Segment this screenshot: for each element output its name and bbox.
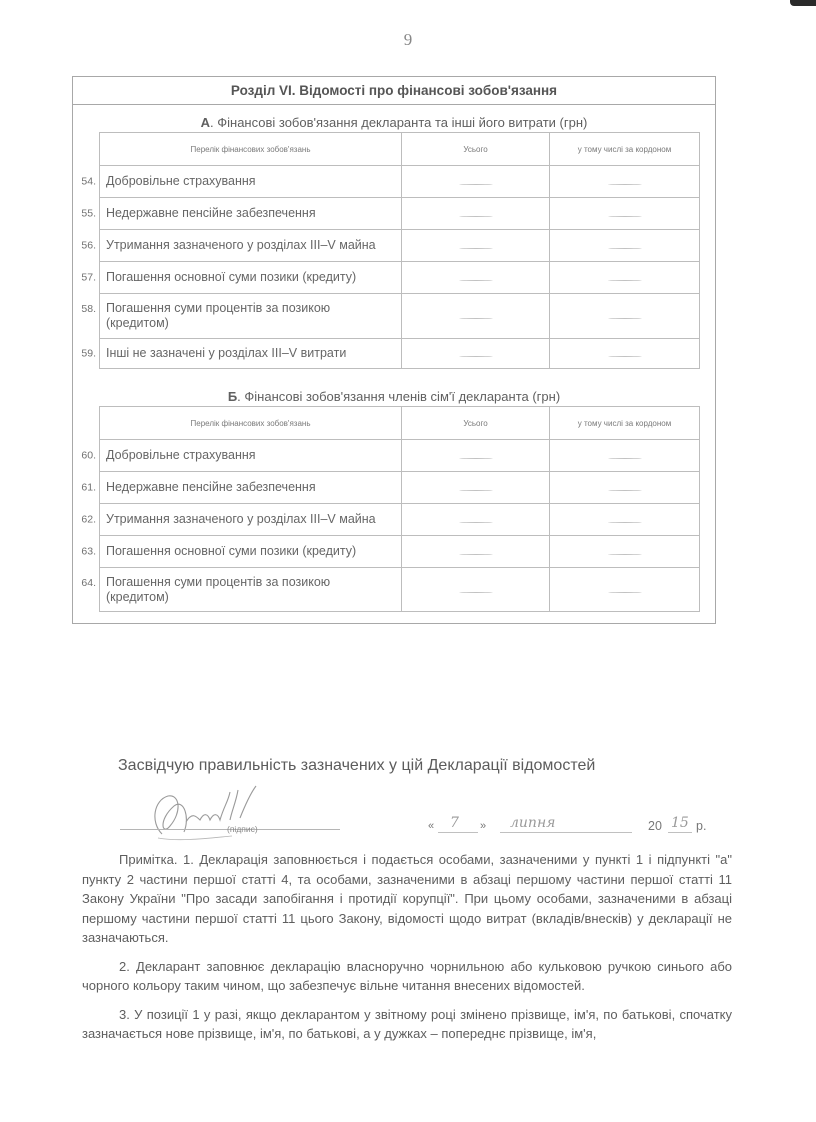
total-field[interactable]: [402, 166, 550, 198]
abroad-field[interactable]: [550, 198, 700, 230]
row-text: Інші не зазначені у розділах III–V витра…: [106, 346, 346, 360]
total-field[interactable]: [402, 440, 550, 472]
row-text: Погашення суми процентів за позикою (кре…: [106, 575, 346, 605]
notes-section: Примітка. 1. Декларація заповнюється і п…: [82, 850, 732, 1053]
total-field[interactable]: [402, 568, 550, 612]
date-year-suffix[interactable]: 15: [671, 815, 689, 831]
empty-dash: [459, 356, 493, 358]
empty-dash: [459, 318, 493, 320]
row-text: Недержавне пенсійне забезпечення: [106, 206, 316, 220]
row-number: 57.: [74, 270, 96, 285]
abroad-field[interactable]: [550, 294, 700, 339]
date-close-quote: »: [480, 820, 486, 832]
row-label: 60.Добровільне страхування: [100, 440, 402, 472]
section-title: Розділ VI. Відомості про фінансові зобов…: [73, 77, 715, 105]
empty-dash: [608, 458, 642, 460]
note-3: 3. У позиції 1 у разі, якщо декларантом …: [82, 1005, 732, 1044]
row-number: 61.: [74, 480, 96, 495]
subsection-b-text: . Фінансові зобов'язання членів сім'ї де…: [237, 389, 560, 404]
column-header-list: Перелік фінансових зобов'язань: [100, 407, 402, 440]
row-number: 58.: [74, 302, 96, 317]
subsection-a-letter: А: [201, 115, 210, 130]
abroad-field[interactable]: [550, 536, 700, 568]
signature-block: (підпис): [120, 782, 370, 842]
abroad-field[interactable]: [550, 440, 700, 472]
day-underline: [438, 832, 478, 833]
column-header-abroad: у тому числі за кордоном: [550, 133, 700, 166]
table-row: 64.Погашення суми процентів за позикою (…: [100, 568, 700, 612]
row-label: 64.Погашення суми процентів за позикою (…: [100, 568, 402, 612]
table-row: 56.Утримання зазначеного у розділах III–…: [100, 230, 700, 262]
empty-dash: [608, 356, 642, 358]
row-number: 60.: [74, 448, 96, 463]
empty-dash: [459, 490, 493, 492]
month-underline: [500, 832, 632, 833]
date-day[interactable]: 7: [450, 815, 459, 831]
row-label: 57.Погашення основної суми позики (креди…: [100, 262, 402, 294]
year-underline: [668, 832, 692, 833]
row-label: 58.Погашення суми процентів за позикою (…: [100, 294, 402, 339]
row-text: Утримання зазначеного у розділах III–V м…: [106, 512, 376, 526]
row-number: 64.: [74, 576, 96, 591]
row-text: Добровільне страхування: [106, 448, 256, 462]
row-text: Недержавне пенсійне забезпечення: [106, 480, 316, 494]
date-block: « 7 » липня 20 15 р.: [428, 815, 728, 839]
table-row: 59.Інші не зазначені у розділах III–V ви…: [100, 339, 700, 369]
column-header-total: Усього: [402, 407, 550, 440]
table-row: 54.Добровільне страхування: [100, 166, 700, 198]
empty-dash: [459, 554, 493, 556]
column-header-abroad: у тому числі за кордоном: [550, 407, 700, 440]
abroad-field[interactable]: [550, 504, 700, 536]
total-field[interactable]: [402, 198, 550, 230]
row-text: Погашення суми процентів за позикою (кре…: [106, 301, 346, 331]
empty-dash: [459, 522, 493, 524]
scan-artifact: [790, 0, 816, 6]
empty-dash: [459, 216, 493, 218]
family-obligations-table: Перелік фінансових зобов'язань Усього у …: [99, 406, 700, 612]
empty-dash: [608, 554, 642, 556]
empty-dash: [459, 592, 493, 594]
abroad-field[interactable]: [550, 568, 700, 612]
empty-dash: [608, 592, 642, 594]
row-number: 56.: [74, 238, 96, 253]
empty-dash: [608, 184, 642, 186]
row-text: Добровільне страхування: [106, 174, 256, 188]
table-header-row: Перелік фінансових зобов'язань Усього у …: [100, 133, 700, 166]
certification-statement: Засвідчую правильність зазначених у цій …: [118, 757, 595, 775]
total-field[interactable]: [402, 294, 550, 339]
row-number: 55.: [74, 206, 96, 221]
table-row: 55.Недержавне пенсійне забезпечення: [100, 198, 700, 230]
empty-dash: [608, 216, 642, 218]
abroad-field[interactable]: [550, 166, 700, 198]
note-1: Примітка. 1. Декларація заповнюється і п…: [82, 850, 732, 948]
total-field[interactable]: [402, 339, 550, 369]
column-header-total: Усього: [402, 133, 550, 166]
row-label: 55.Недержавне пенсійне забезпечення: [100, 198, 402, 230]
row-label: 63.Погашення основної суми позики (креди…: [100, 536, 402, 568]
empty-dash: [608, 522, 642, 524]
table-header-row: Перелік фінансових зобов'язань Усього у …: [100, 407, 700, 440]
empty-dash: [459, 184, 493, 186]
row-label: 62.Утримання зазначеного у розділах III–…: [100, 504, 402, 536]
date-month[interactable]: липня: [510, 815, 555, 831]
row-text: Утримання зазначеного у розділах III–V м…: [106, 238, 376, 252]
empty-dash: [459, 458, 493, 460]
handwritten-signature-icon: [140, 782, 300, 842]
signature-caption: (підпис): [227, 824, 258, 834]
page-number: 9: [0, 30, 816, 50]
table-row: 62.Утримання зазначеного у розділах III–…: [100, 504, 700, 536]
row-label: 54.Добровільне страхування: [100, 166, 402, 198]
total-field[interactable]: [402, 262, 550, 294]
empty-dash: [608, 318, 642, 320]
row-number: 62.: [74, 512, 96, 527]
table-row: 61.Недержавне пенсійне забезпечення: [100, 472, 700, 504]
table-row: 58.Погашення суми процентів за позикою (…: [100, 294, 700, 339]
total-field[interactable]: [402, 536, 550, 568]
empty-dash: [608, 248, 642, 250]
section-vi-frame: Розділ VI. Відомості про фінансові зобов…: [72, 76, 716, 624]
subsection-a-text: . Фінансові зобов'язання декларанта та і…: [210, 115, 587, 130]
row-number: 63.: [74, 544, 96, 559]
date-open-quote: «: [428, 820, 434, 832]
total-field[interactable]: [402, 472, 550, 504]
abroad-field[interactable]: [550, 262, 700, 294]
table-row: 63.Погашення основної суми позики (креди…: [100, 536, 700, 568]
date-year-abbr: р.: [696, 819, 706, 833]
row-number: 59.: [74, 346, 96, 361]
empty-dash: [608, 490, 642, 492]
row-text: Погашення основної суми позики (кредиту): [106, 270, 356, 284]
table-row: 60.Добровільне страхування: [100, 440, 700, 472]
total-field[interactable]: [402, 230, 550, 262]
empty-dash: [459, 248, 493, 250]
abroad-field[interactable]: [550, 230, 700, 262]
subsection-b-title: Б. Фінансові зобов'язання членів сім'ї д…: [73, 388, 715, 406]
column-header-list: Перелік фінансових зобов'язань: [100, 133, 402, 166]
total-field[interactable]: [402, 504, 550, 536]
subsection-b-letter: Б: [228, 389, 237, 404]
row-text: Погашення основної суми позики (кредиту): [106, 544, 356, 558]
row-label: 59.Інші не зазначені у розділах III–V ви…: [100, 339, 402, 369]
abroad-field[interactable]: [550, 472, 700, 504]
row-label: 61.Недержавне пенсійне забезпечення: [100, 472, 402, 504]
row-label: 56.Утримання зазначеного у розділах III–…: [100, 230, 402, 262]
table-row: 57.Погашення основної суми позики (креди…: [100, 262, 700, 294]
abroad-field[interactable]: [550, 339, 700, 369]
date-year-prefix: 20: [648, 819, 662, 833]
empty-dash: [608, 280, 642, 282]
declarant-obligations-table: Перелік фінансових зобов'язань Усього у …: [99, 132, 700, 369]
row-number: 54.: [74, 174, 96, 189]
subsection-a-title: А. Фінансові зобов'язання декларанта та …: [73, 114, 715, 132]
note-2: 2. Декларант заповнює декларацію власнор…: [82, 957, 732, 996]
empty-dash: [459, 280, 493, 282]
